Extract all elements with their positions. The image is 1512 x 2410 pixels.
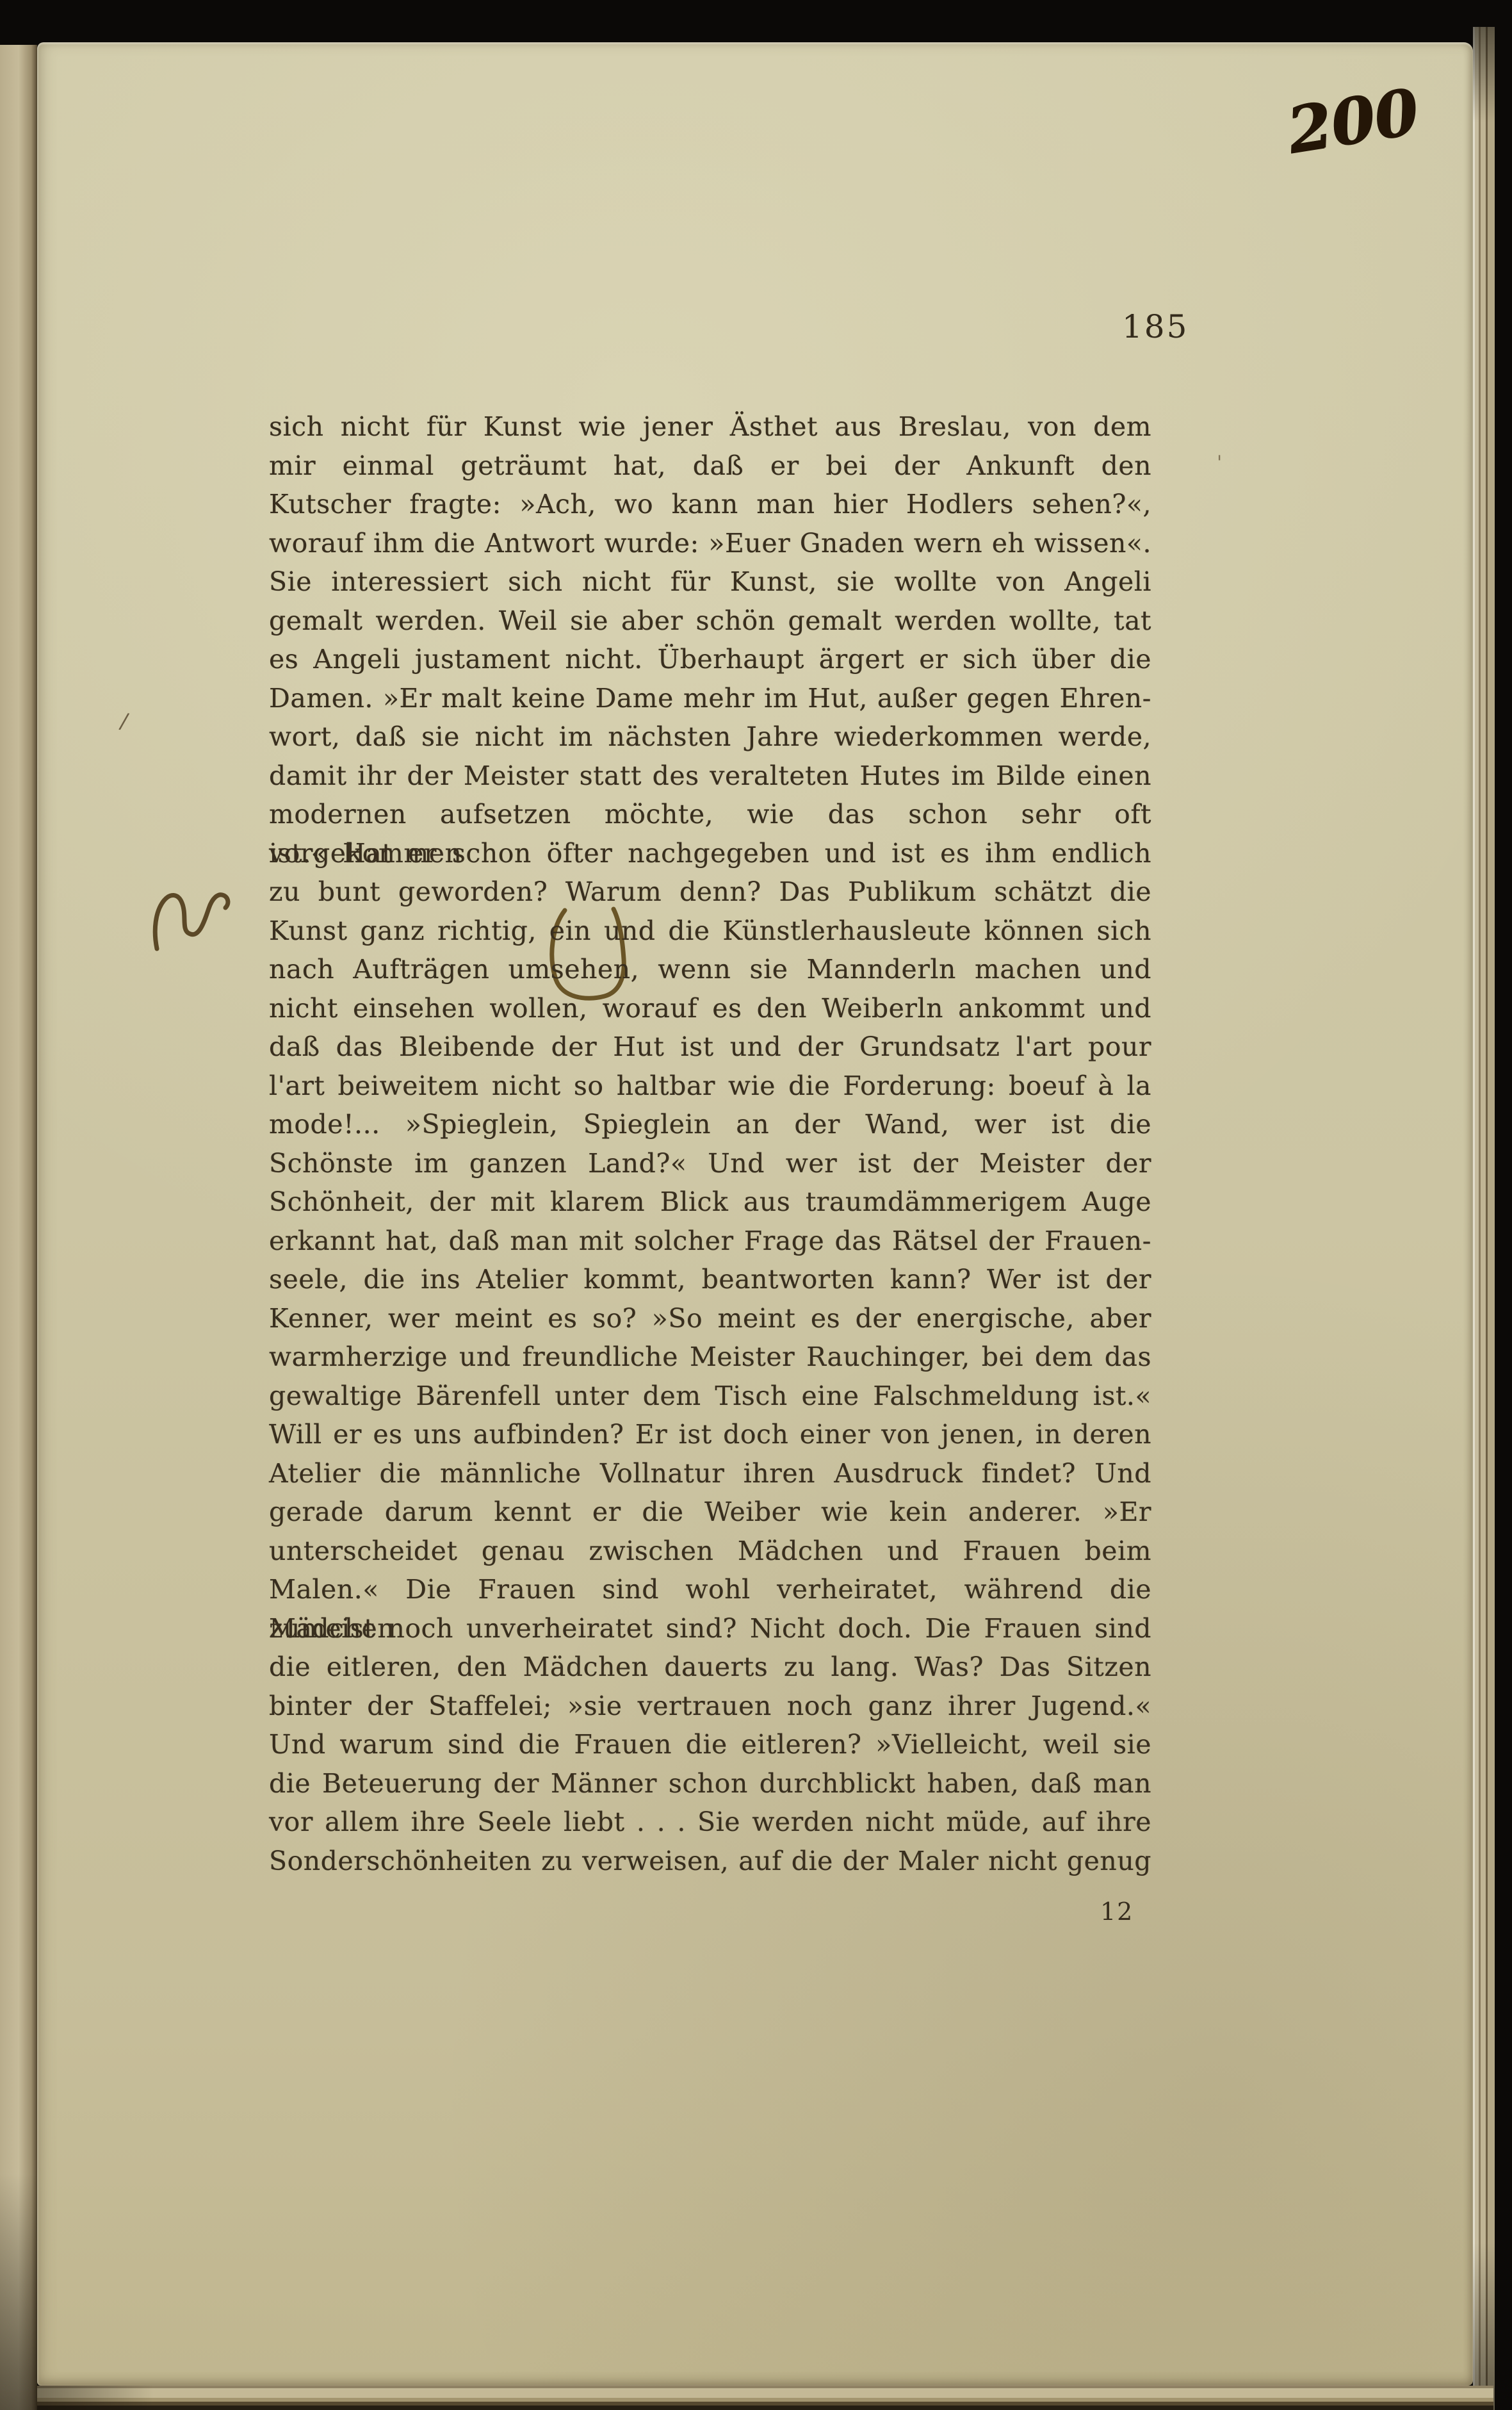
text-line: sich nicht für Kunst wie jener Ästhet au… bbox=[269, 407, 1151, 447]
text-line: l'art beiweitem nicht so haltbar wie die… bbox=[269, 1067, 1151, 1106]
text-line: gerade darum kennt er die Weiber wie kei… bbox=[269, 1493, 1151, 1532]
text-line: erkannt hat, daß man mit solcher Frage d… bbox=[269, 1222, 1151, 1261]
text-line: nicht einsehen wollen, worauf es den Wei… bbox=[269, 989, 1151, 1028]
text-line: Schönheit, der mit klarem Blick aus trau… bbox=[269, 1183, 1151, 1222]
text-line: wort, daß sie nicht im nächsten Jahre wi… bbox=[269, 717, 1151, 757]
sheet-signature-number: 12 bbox=[1100, 1898, 1134, 1926]
text-line: zumeist noch unverheiratet sind? Nicht d… bbox=[269, 1609, 1151, 1648]
left-gutter-page-edge bbox=[0, 45, 37, 2410]
text-line: Sonderschönheiten zu verweisen, auf die … bbox=[269, 1842, 1151, 1881]
text-line: gewaltige Bärenfell unter dem Tisch eine… bbox=[269, 1377, 1151, 1416]
text-line: worauf ihm die Antwort wurde: »Euer Gnad… bbox=[269, 524, 1151, 563]
text-line: Will er es uns aufbinden? Er ist doch ei… bbox=[269, 1415, 1151, 1454]
text-line: Kenner, wer meint es so? »So meint es de… bbox=[269, 1299, 1151, 1338]
text-line: Schönste im ganzen Land?« Und wer ist de… bbox=[269, 1144, 1151, 1183]
printed-page-number: 185 bbox=[1122, 308, 1189, 345]
text-line: Sie interessiert sich nicht für Kunst, s… bbox=[269, 562, 1151, 602]
text-line: binter der Staffelei; »sie vertrauen noc… bbox=[269, 1687, 1151, 1726]
handwritten-margin-squiggle-icon bbox=[149, 887, 245, 958]
text-line: daß das Bleibende der Hut ist und der Gr… bbox=[269, 1028, 1151, 1067]
book-page: 200 185 / ' sich nicht für Kunst wie jen… bbox=[37, 42, 1473, 2386]
text-line: damit ihr der Meister statt des veraltet… bbox=[269, 757, 1151, 796]
stray-pen-mark: / bbox=[118, 708, 131, 735]
text-line: Kunst ganz richtig, ein und die Künstler… bbox=[269, 912, 1151, 951]
text-line: unterscheidet genau zwischen Mädchen und… bbox=[269, 1532, 1151, 1571]
text-line: modernen aufsetzen möchte, wie das schon… bbox=[269, 795, 1151, 834]
bottom-page-stack-edges bbox=[37, 2386, 1493, 2410]
right-page-stack-edges bbox=[1473, 27, 1495, 2410]
text-line: Damen. »Er malt keine Dame mehr im Hut, … bbox=[269, 679, 1151, 718]
text-line: Atelier die männliche Vollnatur ihren Au… bbox=[269, 1454, 1151, 1493]
text-line: seele, die ins Atelier kommt, beantworte… bbox=[269, 1260, 1151, 1299]
text-line: zu bunt geworden? Warum denn? Das Publik… bbox=[269, 873, 1151, 912]
body-text-block: sich nicht für Kunst wie jener Ästhet au… bbox=[269, 407, 1151, 1880]
text-line: ist.« Hat er schon öfter nachgegeben und… bbox=[269, 834, 1151, 873]
text-line: mode!... »Spieglein, Spieglein an der Wa… bbox=[269, 1105, 1151, 1144]
text-line: die eitleren, den Mädchen dauerts zu lan… bbox=[269, 1648, 1151, 1687]
text-line: mir einmal geträumt hat, daß er bei der … bbox=[269, 447, 1151, 486]
text-line: nach Aufträgen umsehen, wenn sie Mannder… bbox=[269, 950, 1151, 989]
handwritten-folio-number: 200 bbox=[1282, 75, 1423, 168]
text-line: warmherzige und freundliche Meister Rauc… bbox=[269, 1338, 1151, 1377]
text-line: Kutscher fragte: »Ach, wo kann man hier … bbox=[269, 485, 1151, 524]
book-scan: 200 185 / ' sich nicht für Kunst wie jen… bbox=[0, 0, 1512, 2410]
text-line: vor allem ihre Seele liebt . . . Sie wer… bbox=[269, 1803, 1151, 1842]
text-line: Malen.« Die Frauen sind wohl verheiratet… bbox=[269, 1570, 1151, 1609]
text-line: die Beteuerung der Männer schon durchbli… bbox=[269, 1764, 1151, 1803]
text-line: gemalt werden. Weil sie aber schön gemal… bbox=[269, 602, 1151, 641]
stray-pen-mark: ' bbox=[1217, 452, 1222, 474]
text-line: Und warum sind die Frauen die eitleren? … bbox=[269, 1725, 1151, 1764]
text-line: es Angeli justament nicht. Überhaupt ärg… bbox=[269, 640, 1151, 679]
